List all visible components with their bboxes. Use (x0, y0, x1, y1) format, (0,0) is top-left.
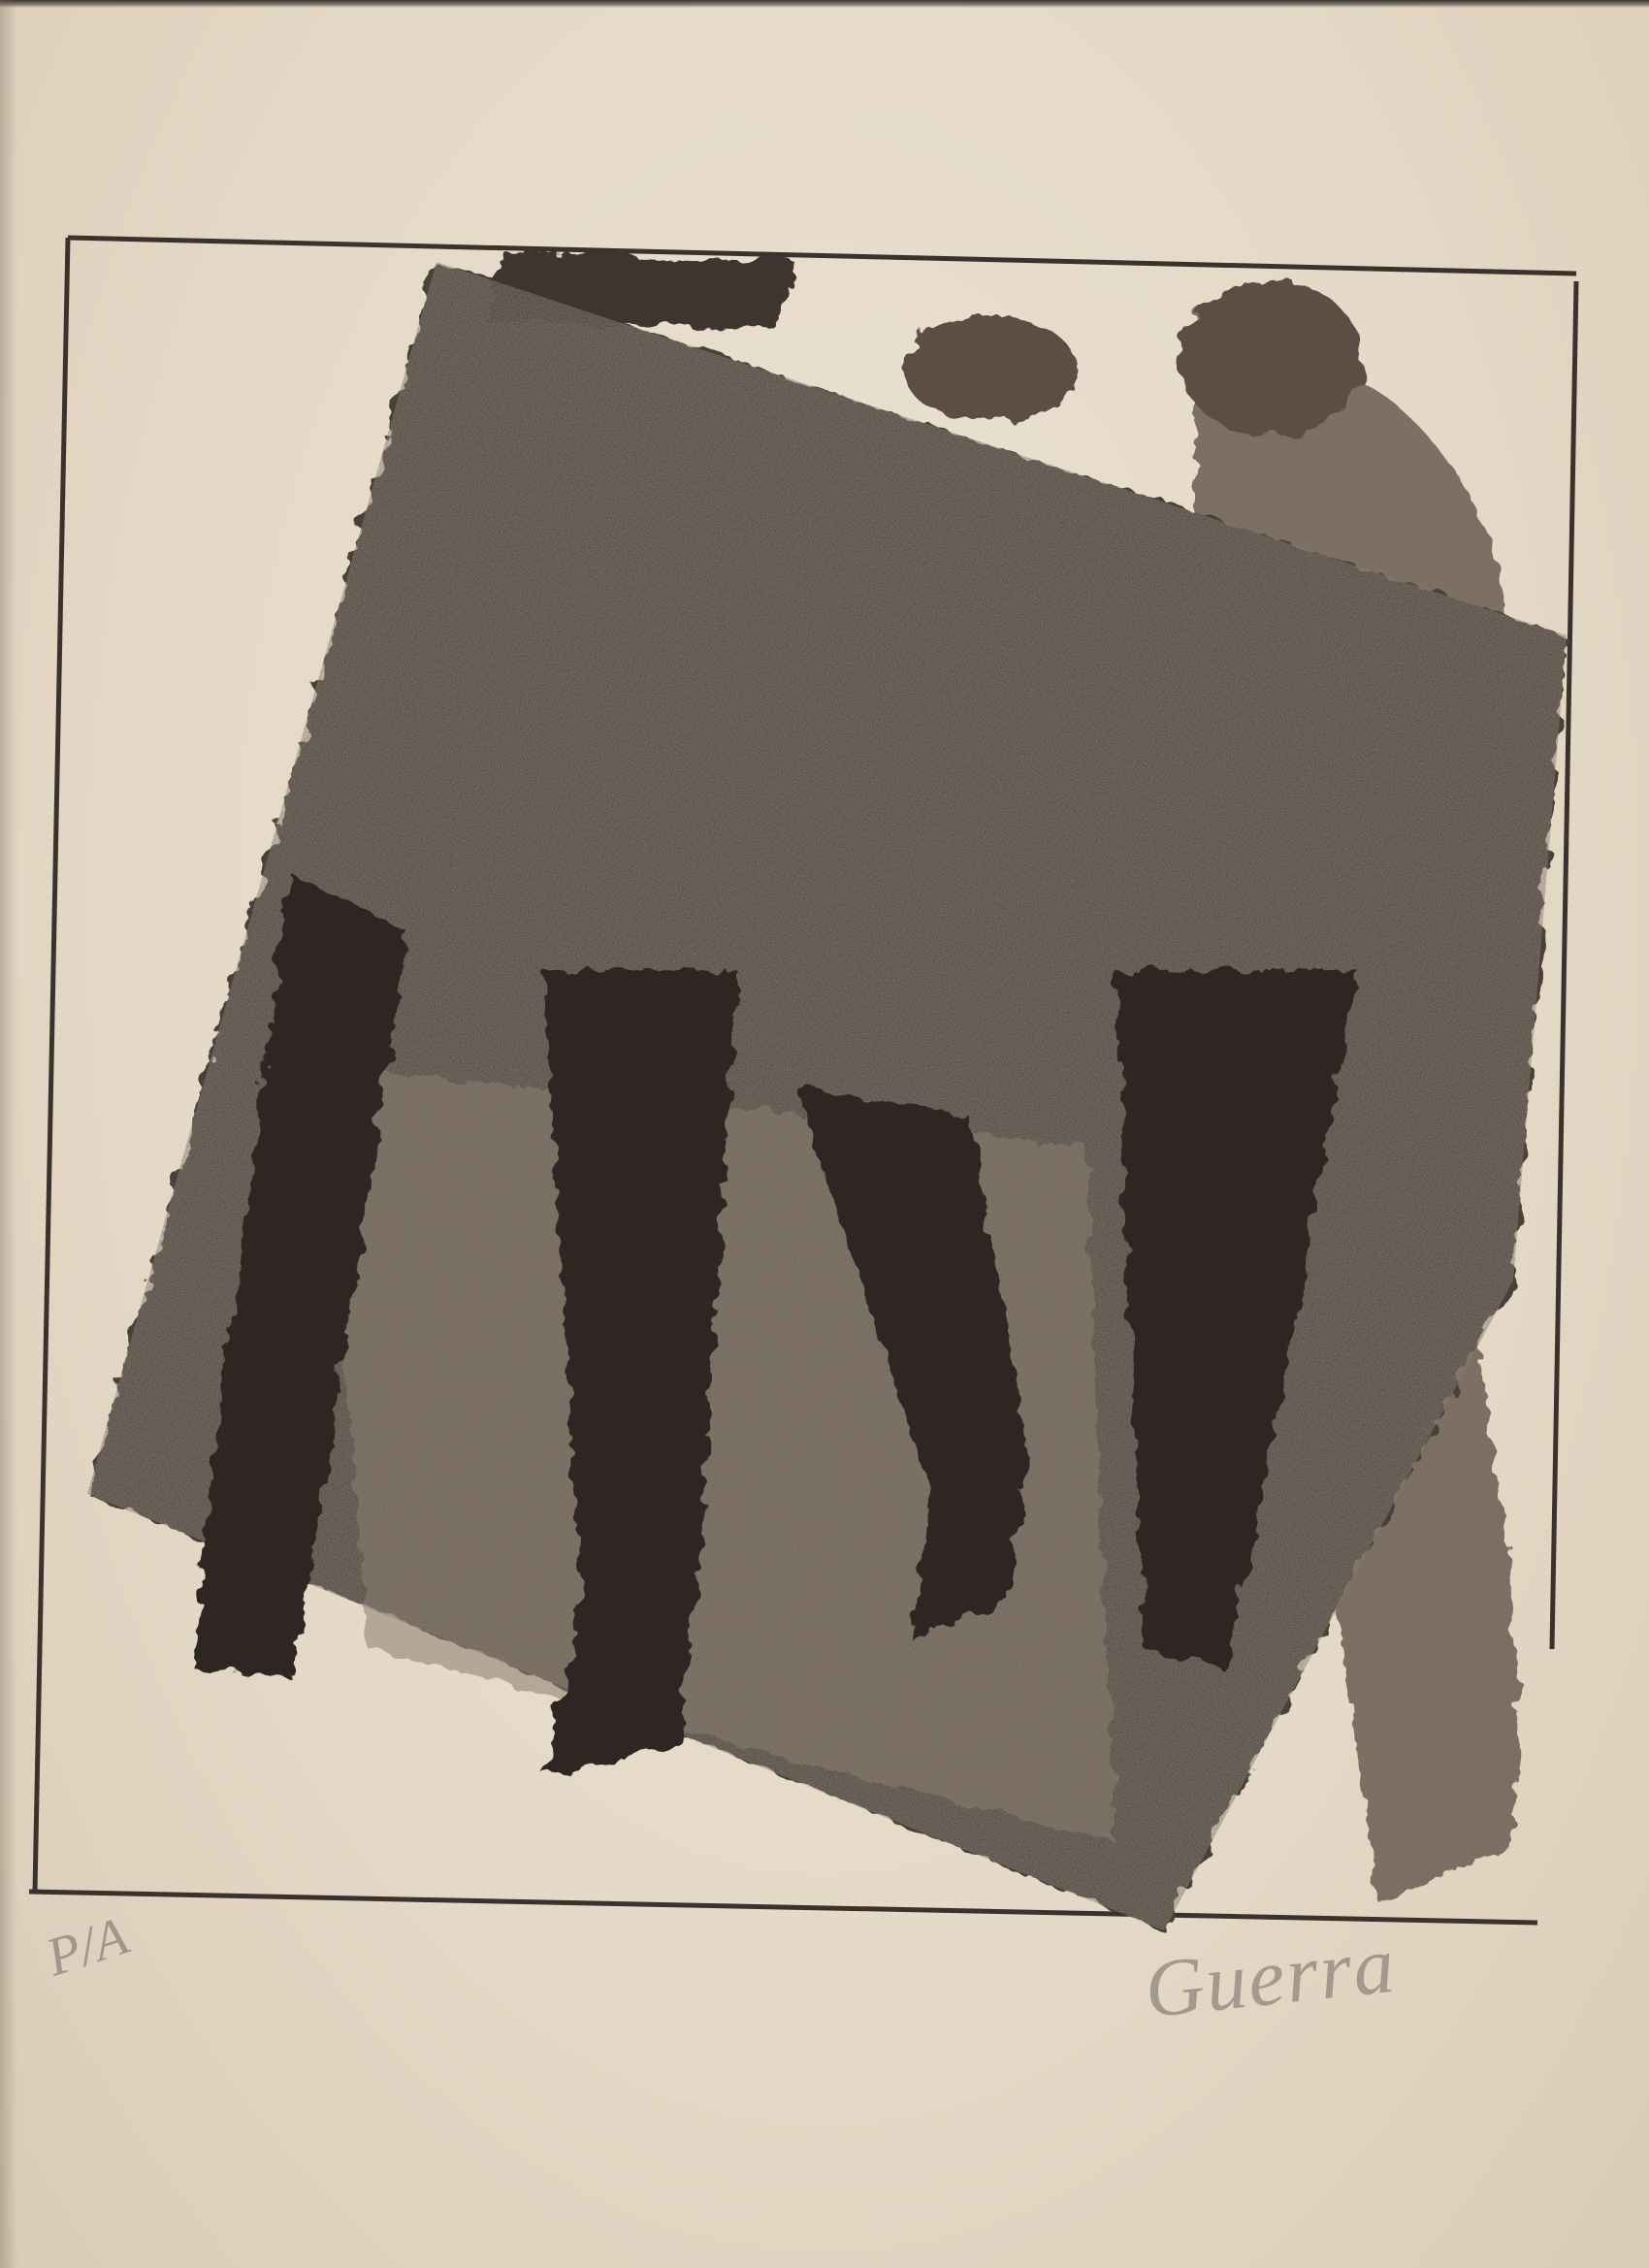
figure-heads (902, 281, 1363, 437)
etching-plate (0, 0, 1649, 2268)
